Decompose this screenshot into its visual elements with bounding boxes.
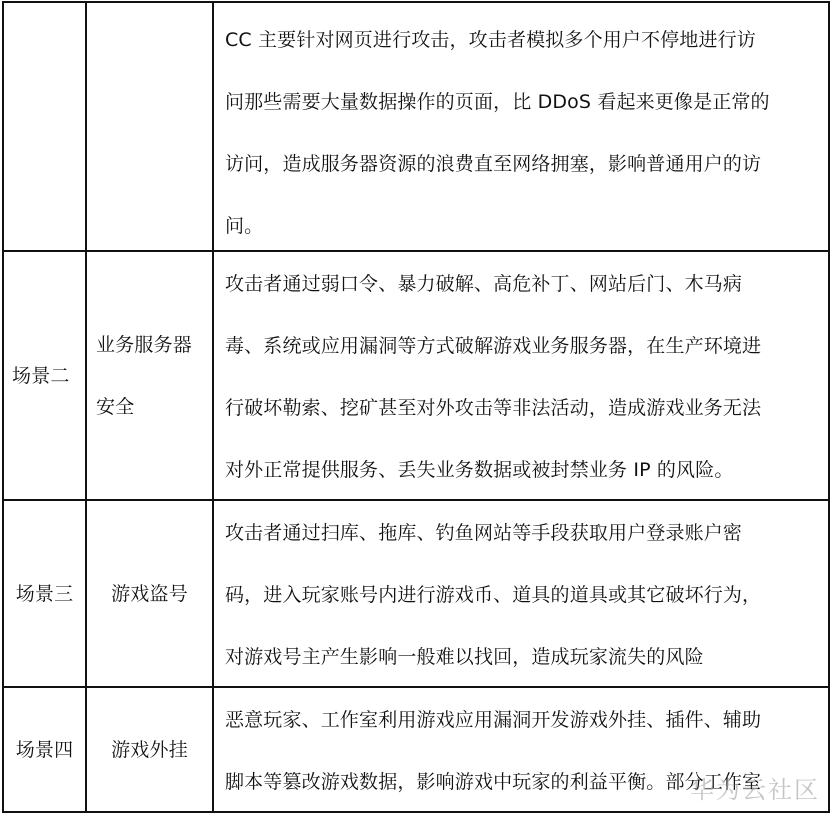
scenario-cell: 场景三 [4,501,85,686]
category-label: 游戏外挂 [111,719,188,781]
description-line: 问。 [225,195,823,257]
category-cell: 业务服务器 安全 [87,252,212,499]
table-row: 攻击者通过扫库、拖库、钓鱼网站等手段获取用户登录账户密 码，进入玩家账号内进行游… [225,502,823,688]
table-row: CC 主要针对网页进行攻击，攻击者模拟多个用户不停地进行访 问那些需要大量数据操… [225,9,823,257]
category-label-line: 安全 [96,376,192,438]
scenario-label: 场景二 [12,345,70,407]
description-line: 问那些需要大量数据操作的页面，比 DDoS 看起来更像是正常的 [225,71,823,133]
description-line: 行破坏勒索、挖矿甚至对外攻击等非法活动，造成游戏业务无法 [225,377,823,439]
scenario-label: 场景三 [16,563,74,625]
category-cell: 游戏外挂 [87,688,212,811]
category-label: 游戏盗号 [111,563,188,625]
category-label-line: 业务服务器 [96,314,192,376]
description-line: 对外正常提供服务、丢失业务数据或被封禁业务 IP 的风险。 [225,439,823,501]
table-border-top [2,1,829,3]
description-line: 攻击者通过弱口令、暴力破解、高危补丁、网站后门、木马病 [225,253,823,315]
scenario-label: 场景四 [16,719,74,781]
security-scenarios-table: CC 主要针对网页进行攻击，攻击者模拟多个用户不停地进行访 问那些需要大量数据操… [0,0,831,814]
description-line: 恶意玩家、工作室利用游戏应用漏洞开发游戏外挂、插件、辅助 [225,689,823,751]
description-line: 毒、系统或应用漏洞等方式破解游戏业务服务器，在生产环境进 [225,315,823,377]
column-divider [212,1,214,813]
description-line: CC 主要针对网页进行攻击，攻击者模拟多个用户不停地进行访 [225,9,823,71]
description-line: 对游戏号主产生影响一般难以找回，造成玩家流失的风险 [225,626,823,688]
scenario-cell: 场景二 [4,252,85,499]
table-border-right [828,1,830,813]
watermark: 华为云社区 [690,770,820,805]
description-line: 访问，造成服务器资源的浪费直至网络拥塞，影响普通用户的访 [225,133,823,195]
description-line: 攻击者通过扫库、拖库、钓鱼网站等手段获取用户登录账户密 [225,502,823,564]
table-row: 攻击者通过弱口令、暴力破解、高危补丁、网站后门、木马病 毒、系统或应用漏洞等方式… [225,253,823,501]
description-line: 码，进入玩家账号内进行游戏币、道具的道具或其它破坏行为， [225,564,823,626]
scenario-cell: 场景四 [4,688,85,811]
category-cell: 游戏盗号 [87,501,212,686]
